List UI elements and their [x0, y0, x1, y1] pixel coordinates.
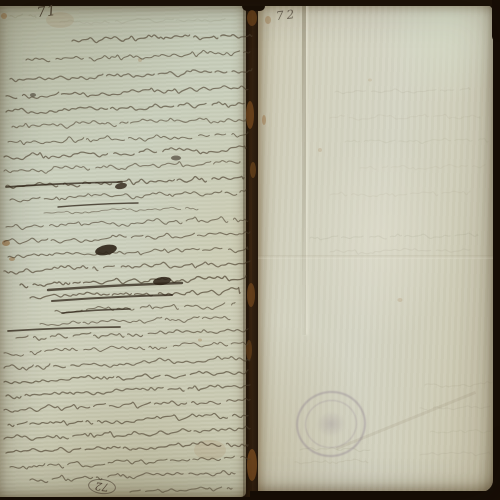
binding-gutter [243, 0, 264, 500]
right-folio-number: 72 [275, 7, 298, 23]
right-page [258, 5, 493, 492]
photo-frame-right-bottom [493, 426, 500, 500]
horizontal-crease [258, 255, 493, 259]
left-folio-number: 71 [36, 3, 58, 21]
left-page [0, 5, 246, 497]
vertical-crease [302, 5, 306, 335]
photo-frame-top [0, 0, 500, 6]
manuscript-photo: 71 72 72 [0, 0, 500, 500]
photo-frame-right-top [492, 0, 500, 42]
photo-frame-bottom-right [250, 491, 500, 500]
